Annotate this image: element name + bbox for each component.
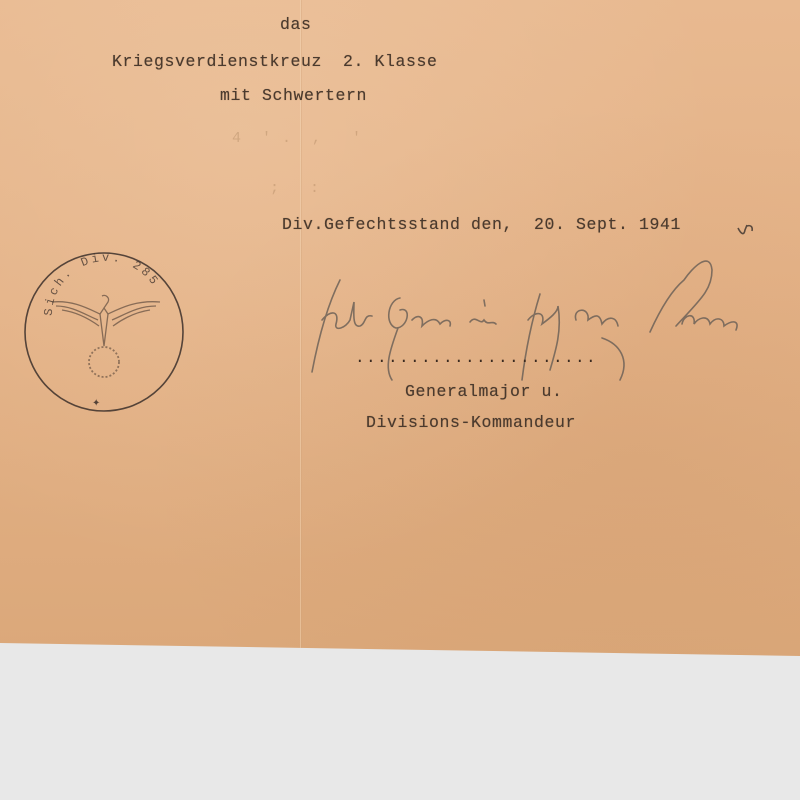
handwritten-signature: [300, 240, 780, 390]
bleed-through-text: 4 ' . , ': [232, 130, 362, 147]
document-paper: 4 ' . , ' ; : das Kriegsverdienstkreuz 2…: [0, 0, 800, 656]
wreath-ring: [89, 347, 119, 377]
handwritten-mark-icon: [736, 222, 756, 238]
signer-rank: Generalmajor u.: [405, 382, 563, 401]
award-title-line-2: mit Schwertern: [220, 86, 367, 105]
signer-position: Divisions-Kommandeur: [366, 413, 576, 432]
official-stamp: Sich. Div. 285 ✦: [22, 250, 188, 416]
eagle-emblem-icon: [52, 295, 160, 346]
stamp-mark-icon: ✦: [92, 398, 100, 409]
place-and-date: Div.Gefechtsstand den, 20. Sept. 1941: [282, 215, 681, 234]
signature-line: ......................: [355, 349, 597, 367]
award-title-line-1: Kriegsverdienstkreuz 2. Klasse: [112, 52, 438, 71]
bleed-through-text: ; :: [270, 180, 320, 197]
scan-stage: 4 ' . , ' ; : das Kriegsverdienstkreuz 2…: [0, 0, 800, 800]
heading-word: das: [280, 15, 312, 34]
